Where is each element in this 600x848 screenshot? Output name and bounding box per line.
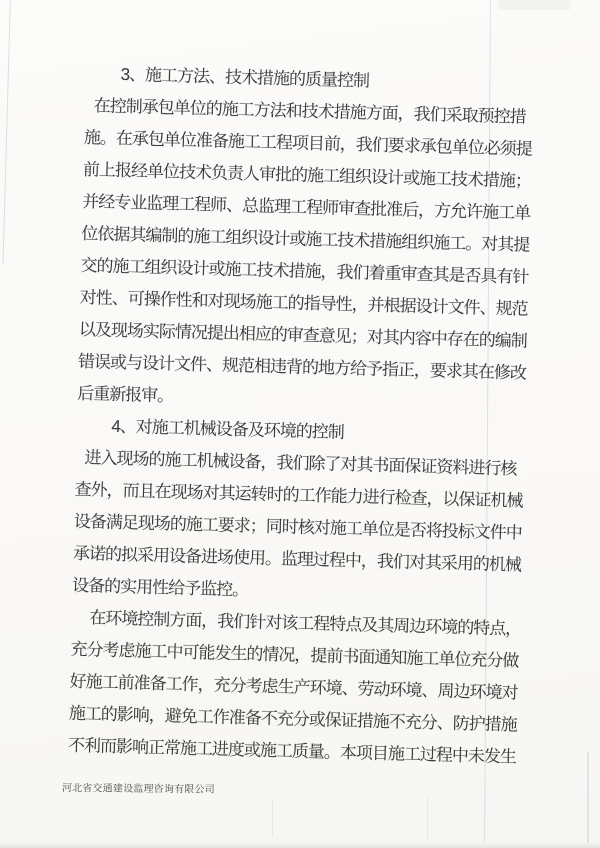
scan-bottom-edge-shade	[0, 843, 600, 848]
scanned-document-page: 3、施工方法、技术措施的质量控制 在控制承包单位的施工方法和技术措施方面，我们采…	[0, 0, 600, 848]
scan-smudge	[427, 798, 428, 840]
scan-top-edge-shade	[498, 0, 570, 10]
scan-left-edge-line	[3, 0, 11, 264]
scan-smudge	[272, 800, 273, 836]
scan-right-edge-line	[587, 752, 589, 848]
document-body: 3、施工方法、技术措施的质量控制 在控制承包单位的施工方法和技术措施方面，我们采…	[68, 58, 530, 773]
page-footer-company: 河北省交通建设监理咨询有限公司	[62, 779, 215, 796]
